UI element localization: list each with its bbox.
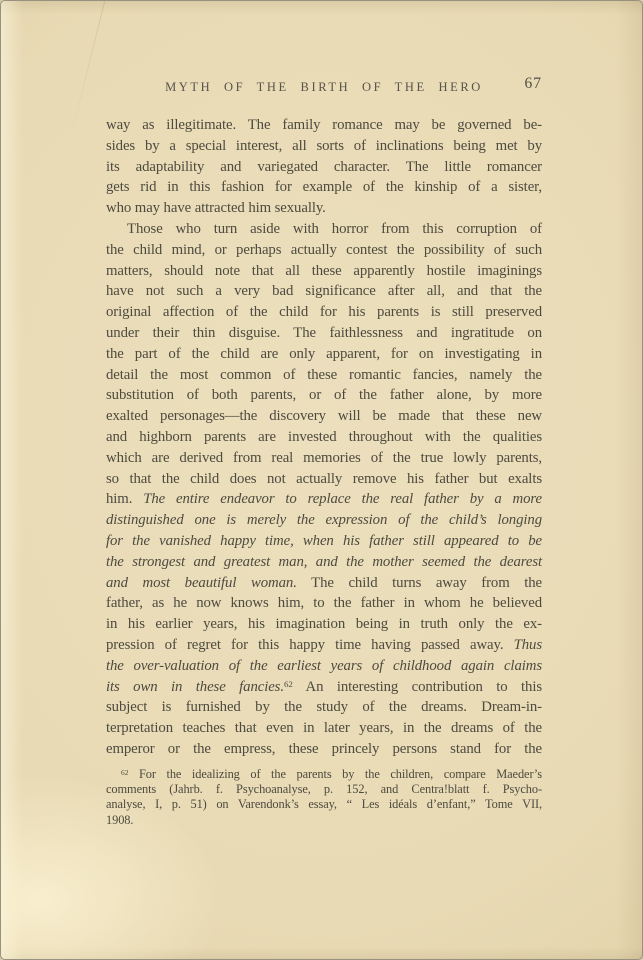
text-line: analyse, I, p. 51) on Varendonk’s essay,… bbox=[106, 797, 542, 812]
footnote: 62 For the idealizing of the parents by … bbox=[106, 767, 542, 828]
text-line: terpretation teaches that even in later … bbox=[106, 718, 542, 739]
text-line: original affection of the child for his … bbox=[106, 302, 542, 323]
text-segment: the child mind, or perhaps actually cont… bbox=[106, 242, 542, 258]
running-title: MYTH OF THE BIRTH OF THE HERO bbox=[165, 80, 483, 94]
text-segment: Thus bbox=[514, 637, 542, 653]
text-segment: detail the most common of these romantic… bbox=[106, 367, 542, 383]
text-line: sides by a special interest, all sorts o… bbox=[106, 136, 542, 157]
text-line: subject is furnished by the study of the… bbox=[106, 697, 542, 718]
text-segment: its adaptability and variegated characte… bbox=[106, 159, 542, 175]
text-line: its own in these fancies.62 An interesti… bbox=[106, 677, 542, 698]
text-line: exalted personages—the discovery will be… bbox=[106, 406, 542, 427]
paper-crease bbox=[71, 0, 108, 135]
text-segment: An interesting contribution to this bbox=[293, 679, 542, 695]
text-segment: comments (Jahrb. f. Psychoanalyse, p. 15… bbox=[106, 782, 542, 796]
text-line: its adaptability and variegated characte… bbox=[106, 157, 542, 178]
footnote-reference: 62 bbox=[121, 768, 128, 777]
page-header: MYTH OF THE BIRTH OF THE HERO 67 bbox=[106, 78, 542, 96]
text-line: comments (Jahrb. f. Psychoanalyse, p. 15… bbox=[106, 782, 542, 797]
body-text: way as illegitimate. The family romance … bbox=[106, 115, 542, 760]
text-segment: and highborn parents are invested throug… bbox=[106, 429, 542, 445]
text-segment: the over-valuation of the earliest years… bbox=[106, 658, 542, 674]
text-segment: The entire endeavor to replace the real … bbox=[143, 491, 542, 507]
text-line: who may have attracted him sexually. bbox=[106, 198, 542, 219]
text-segment: and most beautiful woman. bbox=[106, 575, 297, 591]
text-segment: gets rid in this fashion for example of … bbox=[106, 179, 542, 195]
text-line: for the vanished happy time, when his fa… bbox=[106, 531, 542, 552]
text-segment: matters, should note that all these appa… bbox=[106, 263, 542, 279]
text-line: father, as he now knows him, to the fath… bbox=[106, 593, 542, 614]
text-segment: have not such a very bad significance af… bbox=[106, 283, 542, 299]
text-segment: who may have attracted him sexually. bbox=[106, 200, 326, 216]
text-segment: so that the child does not actually remo… bbox=[106, 471, 542, 487]
text-line: the child mind, or perhaps actually cont… bbox=[106, 240, 542, 261]
text-line: way as illegitimate. The family romance … bbox=[106, 115, 542, 136]
text-segment: terpretation teaches that even in later … bbox=[106, 720, 542, 736]
text-segment: sides by a special interest, all sorts o… bbox=[106, 138, 542, 154]
text-segment: The child turns away from the bbox=[297, 575, 542, 591]
text-segment: him. bbox=[106, 491, 143, 507]
text-segment: original affection of the child for his … bbox=[106, 304, 542, 320]
text-line: him. The entire endeavor to replace the … bbox=[106, 489, 542, 510]
text-segment: under their thin disguise. The faithless… bbox=[106, 325, 542, 341]
text-line: and highborn parents are invested throug… bbox=[106, 427, 542, 448]
text-line: 62 For the idealizing of the parents by … bbox=[106, 767, 542, 782]
text-line: the over-valuation of the earliest years… bbox=[106, 656, 542, 677]
text-line: detail the most common of these romantic… bbox=[106, 365, 542, 386]
text-segment: way as illegitimate. The family romance … bbox=[106, 117, 542, 133]
text-segment: For the idealizing of the parents by the… bbox=[128, 767, 542, 781]
text-line: the part of the child are only apparent,… bbox=[106, 344, 542, 365]
text-segment: the part of the child are only apparent,… bbox=[106, 346, 542, 362]
text-line: matters, should note that all these appa… bbox=[106, 261, 542, 282]
text-line: emperor or the empress, these princely p… bbox=[106, 739, 542, 760]
text-line: in his earlier years, his imagination be… bbox=[106, 614, 542, 635]
text-line: 1908. bbox=[106, 813, 542, 828]
text-segment: substitution of both parents, or of the … bbox=[106, 387, 542, 403]
text-segment: emperor or the empress, these princely p… bbox=[106, 741, 542, 757]
text-line: pression of regret for this happy time h… bbox=[106, 635, 542, 656]
text-segment: distinguished one is merely the expressi… bbox=[106, 512, 542, 528]
text-segment: subject is furnished by the study of the… bbox=[106, 699, 542, 715]
text-line: the strongest and greatest man, and the … bbox=[106, 552, 542, 573]
text-segment: pression of regret for this happy time h… bbox=[106, 637, 514, 653]
book-page: MYTH OF THE BIRTH OF THE HERO 67 way as … bbox=[0, 0, 643, 960]
text-segment: in his earlier years, his imagination be… bbox=[106, 616, 542, 632]
text-segment: the strongest and greatest man, and the … bbox=[106, 554, 542, 570]
text-segment: father, as he now knows him, to the fath… bbox=[106, 595, 542, 611]
text-line: Those who turn aside with horror from th… bbox=[106, 219, 542, 240]
text-line: distinguished one is merely the expressi… bbox=[106, 510, 542, 531]
text-line: have not such a very bad significance af… bbox=[106, 281, 542, 302]
text-line: under their thin disguise. The faithless… bbox=[106, 323, 542, 344]
text-line: so that the child does not actually remo… bbox=[106, 469, 542, 490]
text-segment: analyse, I, p. 51) on Varendonk’s essay,… bbox=[106, 797, 542, 811]
footnote-reference: 62 bbox=[284, 679, 293, 689]
text-segment: Those who turn aside with horror from th… bbox=[127, 221, 542, 237]
text-segment: its own in these fancies. bbox=[106, 679, 284, 695]
text-line: and most beautiful woman. The child turn… bbox=[106, 573, 542, 594]
text-line: substitution of both parents, or of the … bbox=[106, 385, 542, 406]
text-segment: exalted personages—the discovery will be… bbox=[106, 408, 542, 424]
text-segment: which are derived from real memories of … bbox=[106, 450, 542, 466]
text-segment: for the vanished happy time, when his fa… bbox=[106, 533, 542, 549]
text-line: gets rid in this fashion for example of … bbox=[106, 177, 542, 198]
text-line: which are derived from real memories of … bbox=[106, 448, 542, 469]
page-number: 67 bbox=[525, 75, 543, 93]
text-segment: 1908. bbox=[106, 813, 133, 827]
